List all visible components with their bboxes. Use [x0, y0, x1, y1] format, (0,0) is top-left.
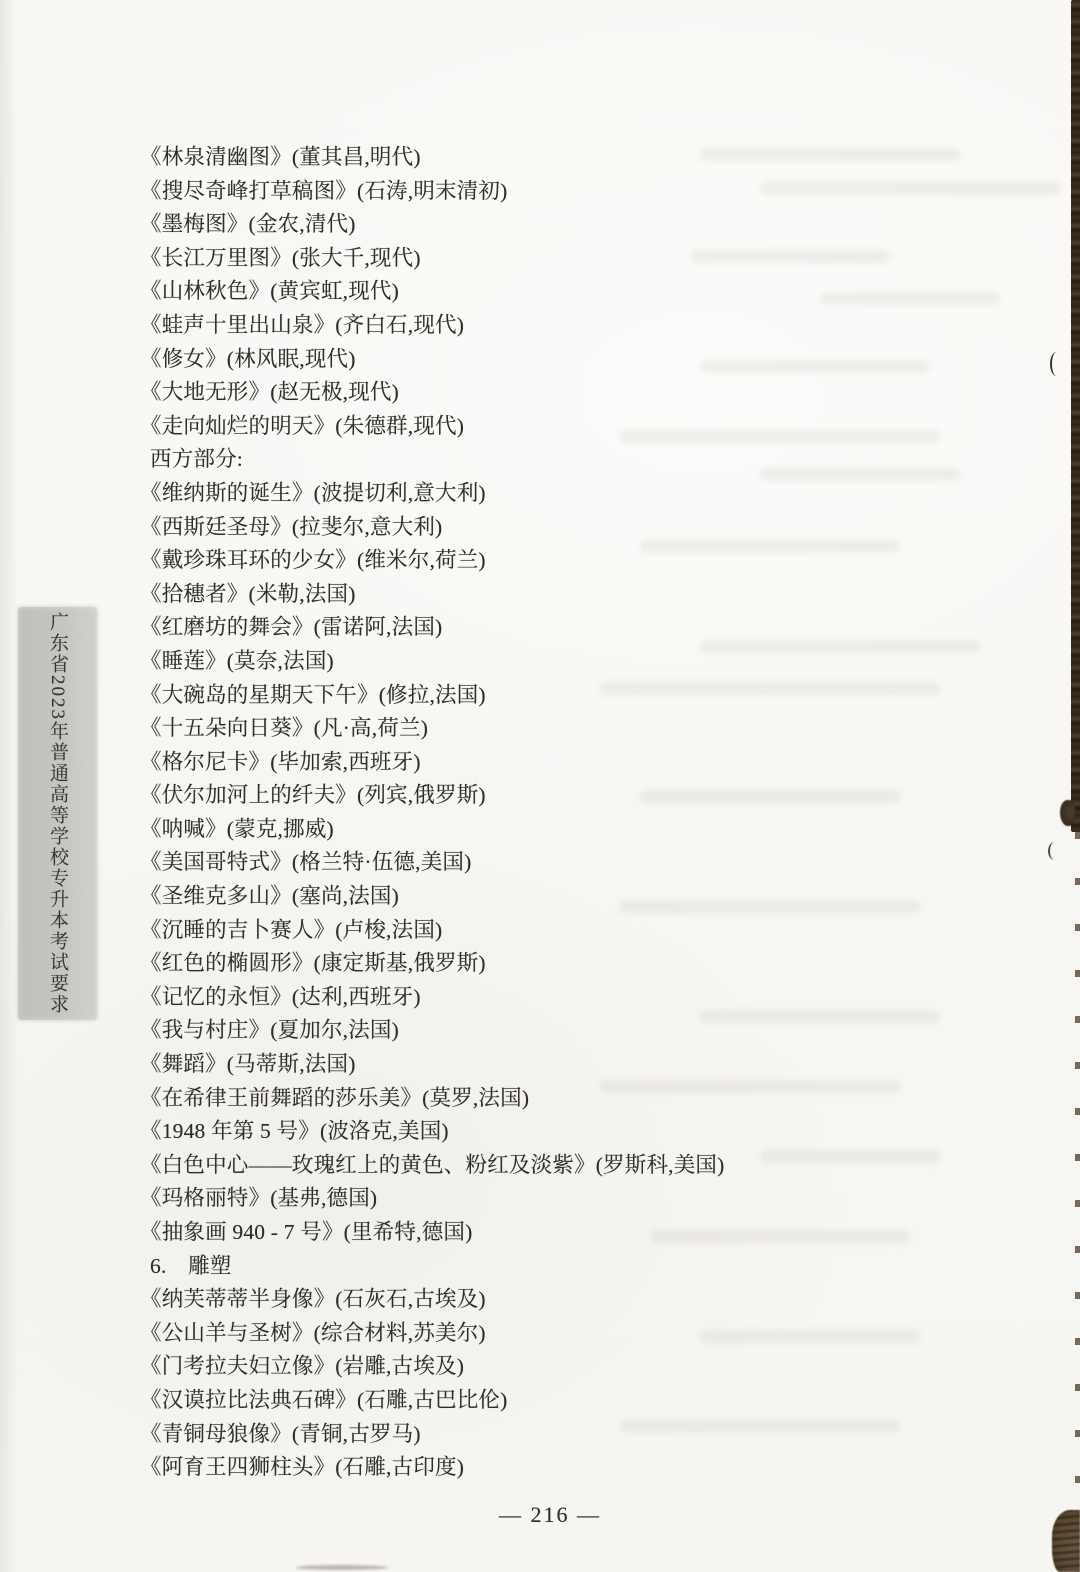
artwork-entry: 《纳芙蒂蒂半身像》(石灰石,古埃及): [140, 1283, 1020, 1317]
artwork-entry: 《抽象画 940 - 7 号》(里希特,德国): [140, 1216, 1020, 1250]
artwork-entry: 《拾穗者》(米勒,法国): [140, 578, 1020, 612]
bottom-smudge-artifact: [296, 1565, 388, 1570]
artwork-entry: 《格尔尼卡》(毕加索,西班牙): [140, 746, 1020, 780]
scanned-book-page: 广东省2023年普通高等学校专升本考试要求 《林泉清幽图》(董其昌,明代)《搜尽…: [0, 0, 1080, 1572]
section-heading: 西方部分:: [140, 443, 1020, 477]
artwork-entry: 《记忆的永恒》(达利,西班牙): [140, 981, 1020, 1015]
artwork-entry: 《十五朵向日葵》(凡·高,荷兰): [140, 712, 1020, 746]
artwork-entry: 《我与村庄》(夏加尔,法国): [140, 1014, 1020, 1048]
artwork-entry: 《呐喊》(蒙克,挪威): [140, 813, 1020, 847]
artwork-entry: 《公山羊与圣树》(综合材料,苏美尔): [140, 1317, 1020, 1351]
artwork-entry: 《山林秋色》(黄宾虹,现代): [140, 275, 1020, 309]
page-left-edge-shadow: [0, 0, 18, 1572]
artwork-entry: 《红色的椭圆形》(康定斯基,俄罗斯): [140, 947, 1020, 981]
document-body: 《林泉清幽图》(董其昌,明代)《搜尽奇峰打草稿图》(石涛,明末清初)《墨梅图》(…: [140, 141, 1020, 1485]
artwork-entry: 《玛格丽特》(基弗,德国): [140, 1182, 1020, 1216]
edge-ink-blob: [1060, 800, 1075, 826]
book-spine-edge-artifact-lower: [1075, 832, 1080, 1502]
artwork-entry: 《汉谟拉比法典石碑》(石雕,古巴比伦): [140, 1384, 1020, 1418]
corner-edge-blob: [1052, 1510, 1080, 1572]
stray-pen-mark: [1048, 842, 1061, 860]
artwork-entry: 《长江万里图》(张大千,现代): [140, 242, 1020, 276]
section-heading: 6. 雕塑: [140, 1250, 1020, 1284]
artwork-entry: 《在希律王前舞蹈的莎乐美》(莫罗,法国): [140, 1082, 1020, 1116]
artwork-entry: 《舞蹈》(马蒂斯,法国): [140, 1048, 1020, 1082]
artwork-entry: 《戴珍珠耳环的少女》(维米尔,荷兰): [140, 544, 1020, 578]
artwork-entry: 《门考拉夫妇立像》(岩雕,古埃及): [140, 1350, 1020, 1384]
artwork-entry: 《大地无形》(赵无极,现代): [140, 376, 1020, 410]
artwork-entry: 《睡莲》(莫奈,法国): [140, 645, 1020, 679]
artwork-entry: 《蛙声十里出山泉》(齐白石,现代): [140, 309, 1020, 343]
artwork-entry: 《墨梅图》(金农,清代): [140, 208, 1020, 242]
side-tab-label: 广东省2023年普通高等学校专升本考试要求: [48, 612, 67, 1015]
artwork-entry: 《1948 年第 5 号》(波洛克,美国): [140, 1115, 1020, 1149]
artwork-entry: 《维纳斯的诞生》(波提切利,意大利): [140, 477, 1020, 511]
side-tab: 广东省2023年普通高等学校专升本考试要求: [18, 607, 97, 1020]
artwork-entry: 《白色中心——玫瑰红上的黄色、粉红及淡紫》(罗斯科,美国): [140, 1149, 1020, 1183]
artwork-entry: 《美国哥特式》(格兰特·伍德,美国): [140, 846, 1020, 880]
artwork-entry: 《走向灿烂的明天》(朱德群,现代): [140, 410, 1020, 444]
page-number: — 216 —: [10, 1502, 1080, 1528]
artwork-entry: 《伏尔加河上的纤夫》(列宾,俄罗斯): [140, 779, 1020, 813]
artwork-entry: 《沉睡的吉卜赛人》(卢梭,法国): [140, 914, 1020, 948]
artwork-entry: 《林泉清幽图》(董其昌,明代): [140, 141, 1020, 175]
artwork-entry: 《西斯廷圣母》(拉斐尔,意大利): [140, 511, 1020, 545]
book-spine-edge-artifact: [1071, 0, 1080, 832]
artwork-entry: 《大碗岛的星期天下午》(修拉,法国): [140, 679, 1020, 713]
artwork-entry: 《修女》(林风眠,现代): [140, 343, 1020, 377]
artwork-entry: 《红磨坊的舞会》(雷诺阿,法国): [140, 611, 1020, 645]
stray-pen-mark: [1050, 352, 1063, 376]
artwork-entry: 《圣维克多山》(塞尚,法国): [140, 880, 1020, 914]
artwork-entry: 《搜尽奇峰打草稿图》(石涛,明末清初): [140, 175, 1020, 209]
artwork-entry: 《阿育王四狮柱头》(石雕,古印度): [140, 1451, 1020, 1485]
artwork-entry: 《青铜母狼像》(青铜,古罗马): [140, 1418, 1020, 1452]
